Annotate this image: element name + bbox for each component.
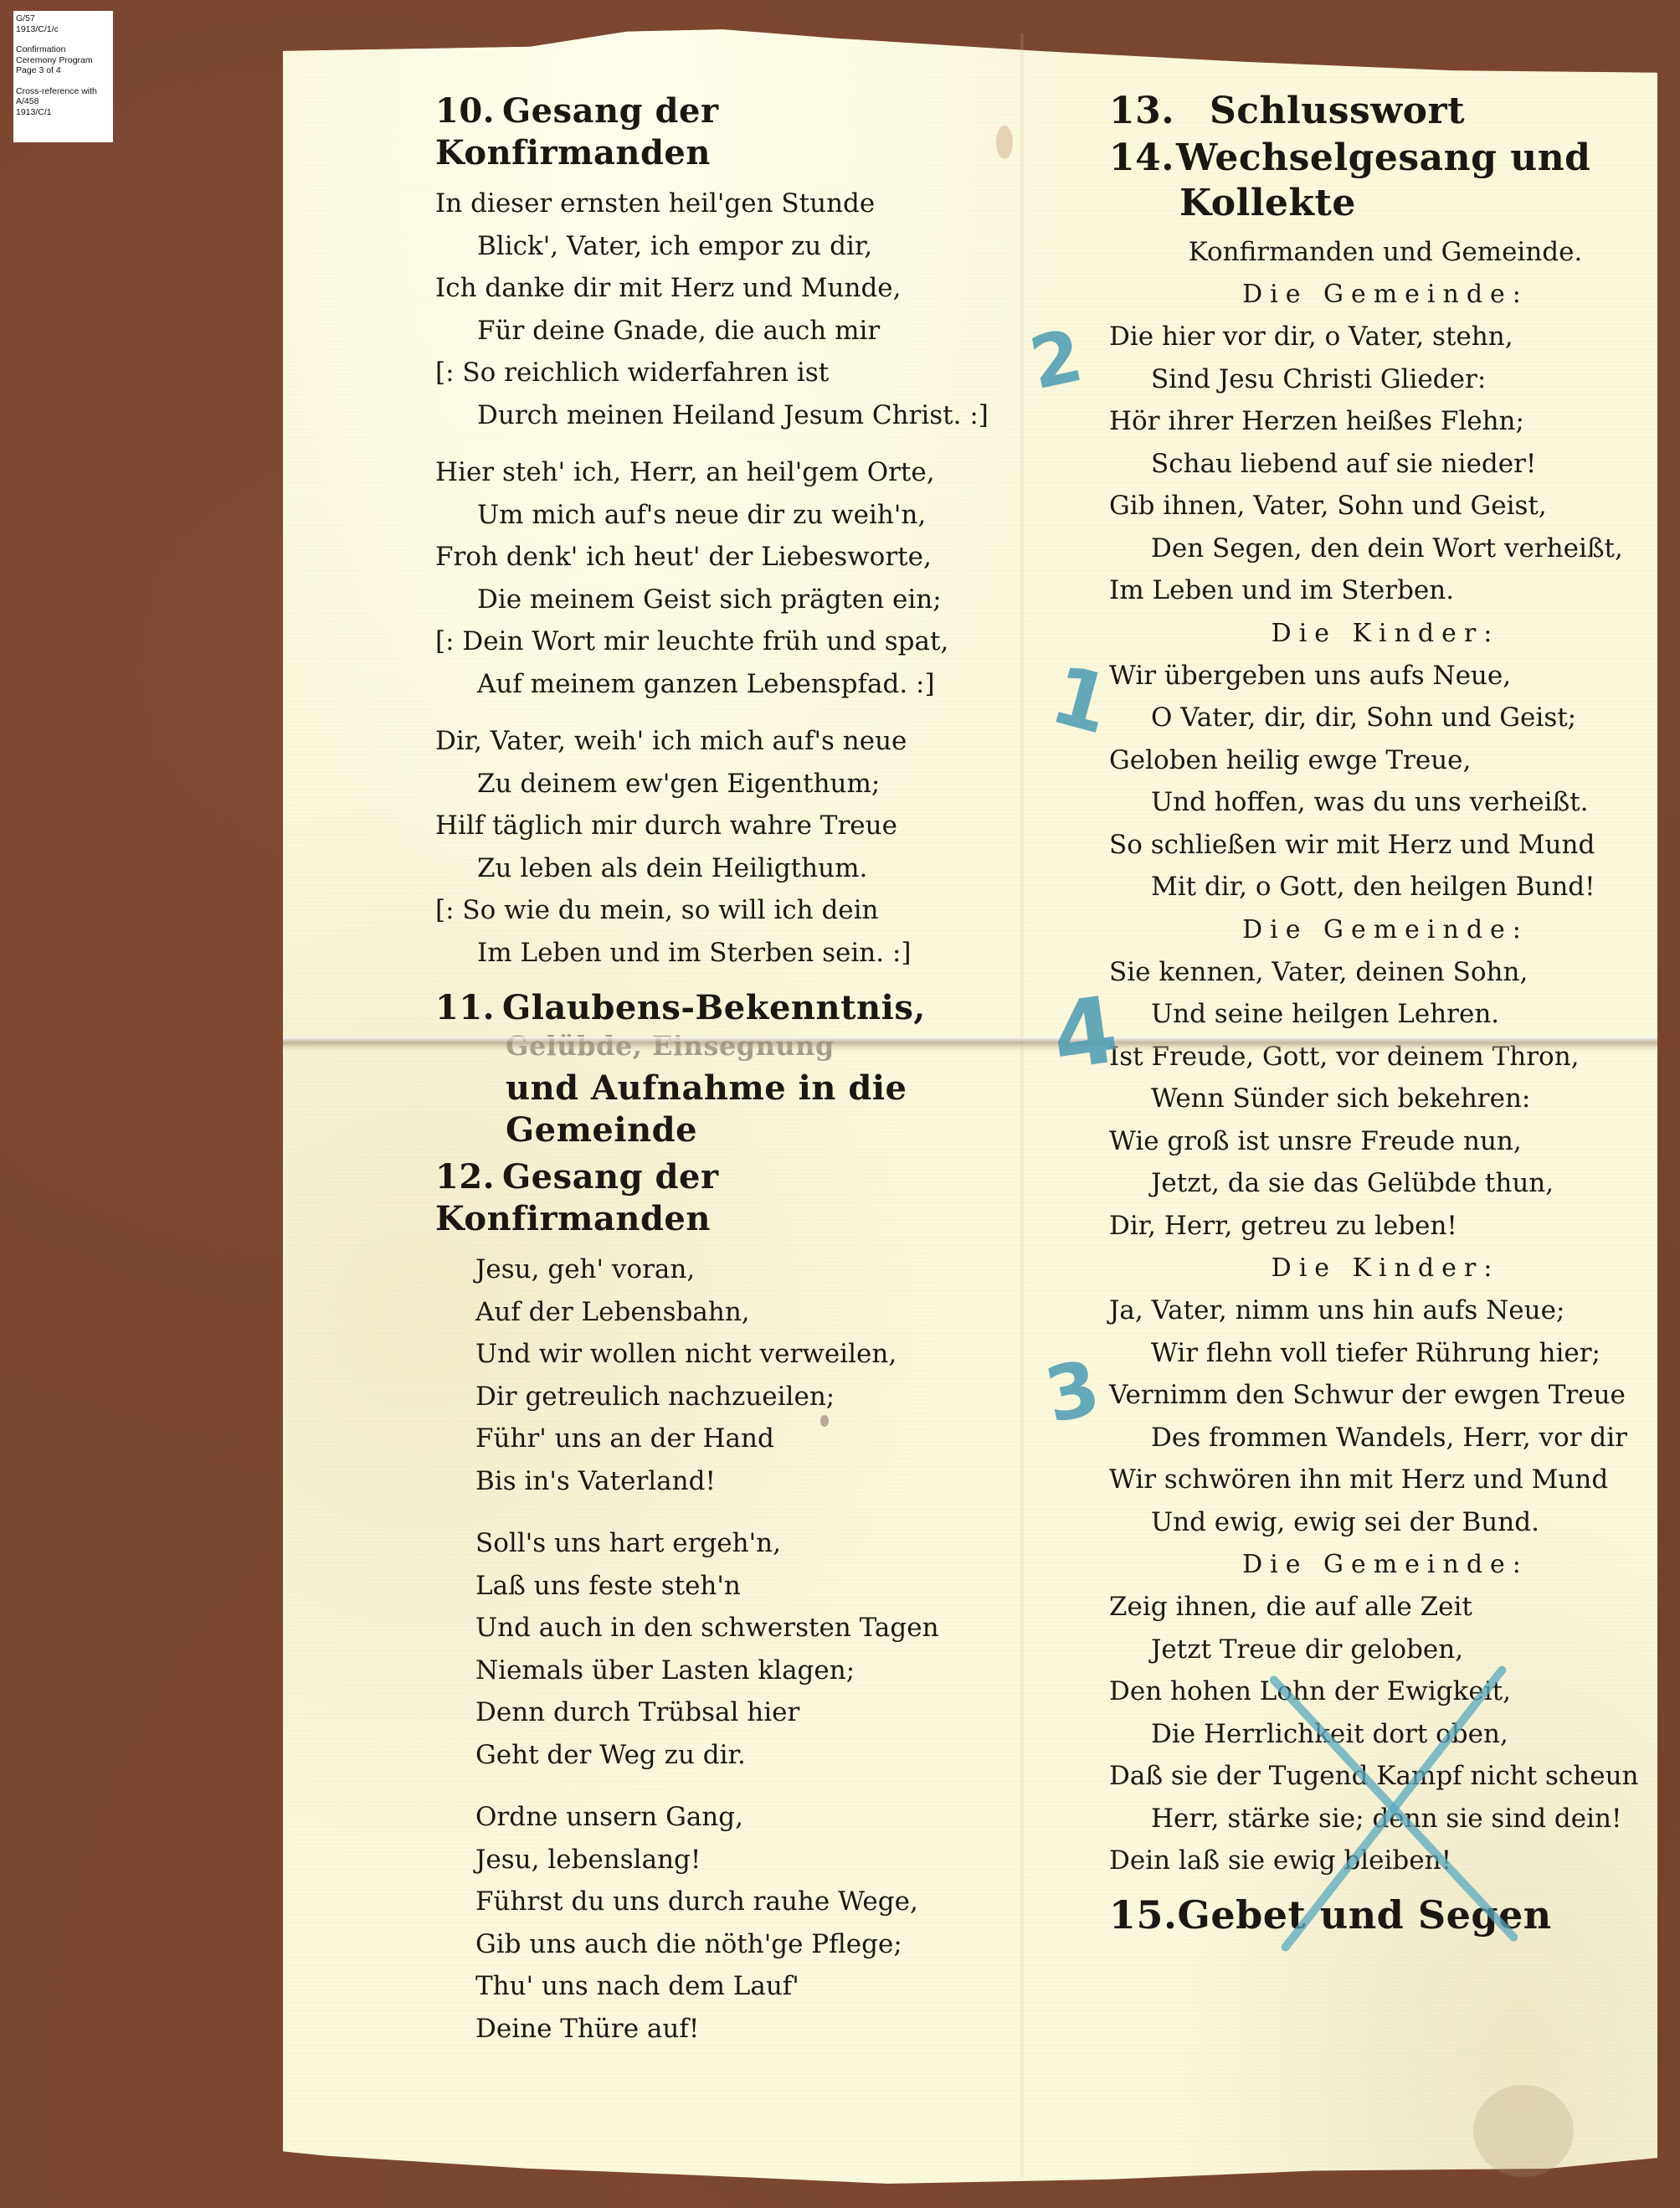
- verse-line: Um mich auf's neue dir zu weih'n,: [435, 494, 1004, 537]
- label-xref-1: A/458: [16, 96, 110, 107]
- verse-line: Ich danke dir mit Herz und Munde,: [435, 267, 1004, 310]
- verse-line: Vernimm den Schwur der ewgen Treue: [1109, 1374, 1662, 1417]
- label-xref-2: 1913/C/1: [16, 107, 110, 118]
- section-14-subtitle: Konfirmanden und Gemeinde.: [1109, 231, 1662, 273]
- section-10-heading: 10.Gesang der Konfirmanden: [435, 90, 1004, 174]
- label-ref-code: G/57: [16, 13, 110, 24]
- verse-line: Dir, Herr, getreu zu leben!: [1109, 1205, 1662, 1248]
- verse-line: Und wir wollen nicht verweilen,: [475, 1333, 1004, 1376]
- label-xref-title: Cross-reference with: [16, 86, 110, 97]
- verse-line: Führ' uns an der Hand: [475, 1418, 1004, 1460]
- verse-line: Mit dir, o Gott, den heilgen Bund!: [1109, 866, 1662, 908]
- speaker-label: Die Kinder:: [1109, 1247, 1662, 1289]
- left-column: 10.Gesang der Konfirmanden In dieser ern…: [435, 90, 1004, 2050]
- speaker-label: Die Kinder:: [1109, 612, 1662, 655]
- verse-line: Deine Thüre auf!: [475, 2008, 1004, 2051]
- verse-line: Den Segen, den dein Wort verheißt,: [1109, 528, 1662, 570]
- verse-line: Denn durch Trübsal hier: [475, 1691, 1004, 1734]
- verse-line: Ordne unsern Gang,: [475, 1796, 1004, 1839]
- verse-line: Und auch in den schwersten Tagen: [475, 1607, 1004, 1650]
- verse-line: Wenn Sünder sich bekehren:: [1109, 1078, 1662, 1120]
- label-desc-1: Confirmation: [16, 44, 110, 55]
- speaker-label: Die Gemeinde:: [1109, 273, 1662, 316]
- verse-line: O Vater, dir, dir, Sohn und Geist;: [1109, 697, 1662, 739]
- verse-line: Gib ihnen, Vater, Sohn und Geist,: [1109, 485, 1662, 528]
- archive-label: G/57 1913/C/1/c Confirmation Ceremony Pr…: [13, 11, 113, 142]
- verse: Ordne unsern Gang,Jesu, lebenslang!Führs…: [475, 1796, 1004, 2050]
- verse-line: Sie kennen, Vater, deinen Sohn,: [1109, 951, 1662, 994]
- verse-line: Auf meinem ganzen Lebenspfad. :]: [435, 663, 1004, 706]
- verse-line: Und hoffen, was du uns verheißt.: [1109, 781, 1662, 824]
- verse-line: Im Leben und im Sterben sein. :]: [435, 932, 1004, 975]
- verse-line: Auf der Lebensbahn,: [475, 1291, 1004, 1334]
- section-13-heading: 13.Schlusswort: [1109, 90, 1662, 132]
- handwritten-cross-mark: [1230, 1666, 1532, 1943]
- verse-line: So schließen wir mit Herz und Mund: [1109, 824, 1662, 867]
- verse-line: Des frommen Wandels, Herr, vor dir: [1109, 1417, 1662, 1459]
- verse-line: Jesu, lebenslang!: [475, 1839, 1004, 1881]
- verse-line: Niemals über Lasten klagen;: [475, 1650, 1004, 1692]
- verse-line: Die hier vor dir, o Vater, stehn,: [1109, 316, 1662, 358]
- antiphon-part: Die Kinder:Ja, Vater, nimm uns hin aufs …: [1109, 1247, 1662, 1543]
- verse-line: Bis in's Vaterland!: [475, 1460, 1004, 1503]
- vertical-fold: [1020, 33, 1025, 2177]
- verse-line: Geloben heilig ewge Treue,: [1109, 739, 1662, 782]
- section-12-heading: 12.Gesang der Konfirmanden: [435, 1156, 1004, 1240]
- verse-line: Wir übergeben uns aufs Neue,: [1109, 655, 1662, 697]
- verse-line: Blick', Vater, ich empor zu dir,: [435, 225, 1004, 268]
- verse-line: Geht der Weg zu dir.: [475, 1734, 1004, 1777]
- verse-line: Schau liebend auf sie nieder!: [1109, 443, 1662, 486]
- label-page: Page 3 of 4: [16, 65, 110, 76]
- verse-line: Und seine heilgen Lehren.: [1109, 993, 1662, 1036]
- speaker-label: Die Gemeinde:: [1109, 908, 1662, 951]
- section-12-verses: Jesu, geh' voran,Auf der Lebensbahn,Und …: [435, 1248, 1004, 2050]
- verse-line: Zeig ihnen, die auf alle Zeit: [1109, 1586, 1662, 1629]
- verse-line: Froh denk' ich heut' der Liebesworte,: [435, 536, 1004, 579]
- verse-line: In dieser ernsten heil'gen Stunde: [435, 183, 1004, 225]
- verse: Jesu, geh' voran,Auf der Lebensbahn,Und …: [475, 1248, 1004, 1502]
- verse-line: Wir schwören ihn mit Herz und Mund: [1109, 1459, 1662, 1501]
- horizontal-fold: [283, 1037, 1657, 1052]
- verse-line: [: So wie du mein, so will ich dein: [435, 889, 1004, 932]
- verse-line: Hilf täglich mir durch wahre Treue: [435, 805, 1004, 847]
- verse-line: Laß uns feste steh'n: [475, 1565, 1004, 1608]
- verse-line: Gib uns auch die nöth'ge Pflege;: [475, 1923, 1004, 1966]
- section-14-heading: 14.Wechselgesang und Kollekte: [1109, 136, 1662, 226]
- verse-line: Soll's uns hart ergeh'n,: [475, 1522, 1004, 1565]
- speaker-label: Die Gemeinde:: [1109, 1543, 1662, 1586]
- section-10-verses: In dieser ernsten heil'gen StundeBlick',…: [435, 183, 1004, 974]
- verse-line: Sind Jesu Christi Glieder:: [1109, 358, 1662, 401]
- verse-line: Jetzt Treue dir geloben,: [1109, 1629, 1662, 1671]
- verse-line: Wie groß ist unsre Freude nun,: [1109, 1120, 1662, 1163]
- verse-line: Dir getreulich nachzueilen;: [475, 1376, 1004, 1418]
- verse-line: [: Dein Wort mir leuchte früh und spat,: [435, 620, 1004, 663]
- verse-line: Durch meinen Heiland Jesum Christ. :]: [435, 394, 1004, 437]
- antiphon-part: Die Gemeinde:Sie kennen, Vater, deinen S…: [1109, 908, 1662, 1248]
- verse-line: Und ewig, ewig sei der Bund.: [1109, 1501, 1662, 1544]
- verse: Soll's uns hart ergeh'n,Laß uns feste st…: [475, 1522, 1004, 1776]
- verse-line: Im Leben und im Sterben.: [1109, 569, 1662, 612]
- label-ref-date: 1913/C/1/c: [16, 24, 110, 35]
- label-desc-2: Ceremony Program: [16, 55, 110, 66]
- section-14-parts: Die Gemeinde:Die hier vor dir, o Vater, …: [1109, 273, 1662, 1882]
- section-11-heading: 11.Glaubens-Bekenntnis, Gelübde, Einsegn…: [435, 987, 1004, 1151]
- verse-line: Die meinem Geist sich prägten ein;: [435, 579, 1004, 621]
- verse-line: Hier steh' ich, Herr, an heil'gem Orte,: [435, 451, 1004, 494]
- verse-line: Wir flehn voll tiefer Rührung hier;: [1109, 1332, 1662, 1375]
- verse-line: [: So reichlich widerfahren ist: [435, 352, 1004, 394]
- verse-line: Ja, Vater, nimm uns hin aufs Neue;: [1109, 1289, 1662, 1332]
- antiphon-part: Die Kinder:Wir übergeben uns aufs Neue,O…: [1109, 612, 1662, 908]
- verse: In dieser ernsten heil'gen StundeBlick',…: [435, 183, 1004, 436]
- verse-line: Führst du uns durch rauhe Wege,: [475, 1881, 1004, 1923]
- stain: [1473, 2085, 1574, 2177]
- antiphon-part: Die Gemeinde:Die hier vor dir, o Vater, …: [1109, 273, 1662, 612]
- verse-line: Hör ihrer Herzen heißes Flehn;: [1109, 400, 1662, 443]
- right-column: 13.Schlusswort 14.Wechselgesang und Koll…: [1109, 90, 1662, 1936]
- verse-line: Jesu, geh' voran,: [475, 1248, 1004, 1291]
- verse-line: Thu' uns nach dem Lauf': [475, 1965, 1004, 2008]
- verse-line: Jetzt, da sie das Gelübde thun,: [1109, 1162, 1662, 1205]
- verse: Hier steh' ich, Herr, an heil'gem Orte,U…: [435, 451, 1004, 705]
- verse-line: Für deine Gnade, die auch mir: [435, 310, 1004, 353]
- verse-line: Zu leben als dein Heiligthum.: [435, 847, 1004, 890]
- verse-line: Zu deinem ew'gen Eigenthum;: [435, 763, 1004, 805]
- verse-line: Dir, Vater, weih' ich mich auf's neue: [435, 720, 1004, 763]
- verse: Dir, Vater, weih' ich mich auf's neueZu …: [435, 720, 1004, 974]
